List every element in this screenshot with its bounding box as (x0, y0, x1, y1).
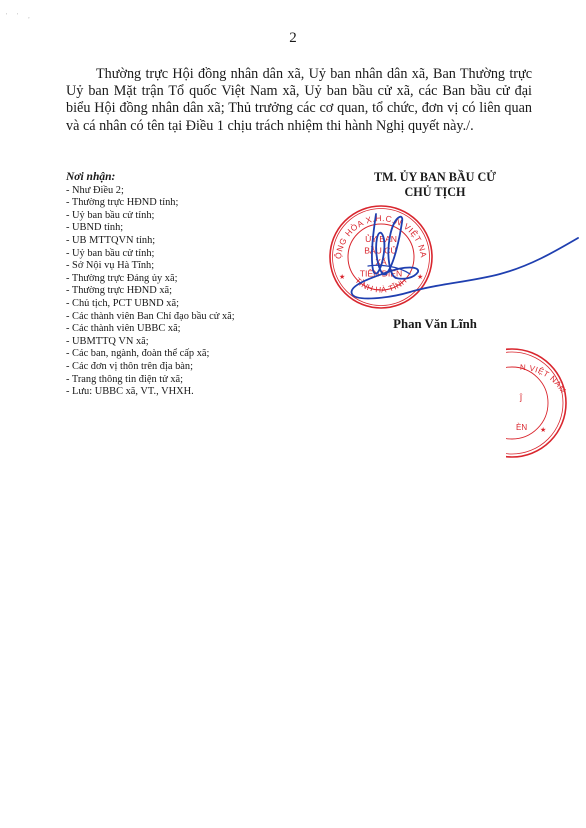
scan-artifacts: ' ' , (6, 12, 34, 20)
recipient-item: - Các thành viên UBBC xã; (66, 323, 306, 336)
recipient-item: - UB MTTQVN tỉnh; (66, 235, 306, 248)
signer-organization: TM. ỦY BAN BẦU CỬ (330, 170, 540, 185)
recipient-item: - Sở Nội vụ Hà Tĩnh; (66, 260, 306, 273)
partial-stamp-mark: ĵ (519, 392, 523, 402)
recipient-item: - UBND tỉnh; (66, 222, 306, 235)
partial-stamp-edge: N VIỆT NAM ★ ÈN ĵ (506, 348, 586, 458)
handwritten-signature (340, 208, 580, 304)
body-paragraph: Thường trực Hội đồng nhân dân xã, Uỷ ban… (66, 66, 532, 135)
recipients-title: Nơi nhận: (66, 171, 306, 184)
partial-stamp-icon: N VIỆT NAM ★ ÈN ĵ (506, 348, 586, 458)
recipient-item: - Thường trực HĐND xã; (66, 285, 306, 298)
recipient-item: - Uỷ ban bầu cử tỉnh; (66, 248, 306, 261)
recipients-block: Nơi nhận: - Như Điều 2;- Thường trực HĐN… (66, 171, 306, 399)
recipient-item: - Thường trực Đảng ủy xã; (66, 273, 306, 286)
recipient-item: - Các đơn vị thôn trên địa bàn; (66, 361, 306, 374)
recipient-item: - Các ban, ngành, đoàn thể cấp xã; (66, 348, 306, 361)
page-number: 2 (0, 30, 586, 47)
recipient-item: - Thường trực HĐND tỉnh; (66, 197, 306, 210)
partial-stamp-star-icon: ★ (540, 426, 546, 434)
recipient-item: - Chủ tịch, PCT UBND xã; (66, 298, 306, 311)
recipient-item: - Lưu: UBBC xã, VT., VHXH. (66, 386, 306, 399)
recipient-item: - Uỷ ban bầu cử tỉnh; (66, 210, 306, 223)
recipient-item: - UBMTTQ VN xã; (66, 336, 306, 349)
signer-name: Phan Văn Lĩnh (330, 317, 540, 332)
signer-title: CHỦ TỊCH (330, 185, 540, 200)
recipient-item: - Trang thông tin điện tử xã; (66, 374, 306, 387)
recipient-item: - Như Điều 2; (66, 185, 306, 198)
recipient-item: - Các thành viên Ban Chỉ đạo bầu cử xã; (66, 311, 306, 324)
recipients-list: - Như Điều 2;- Thường trực HĐND tỉnh;- U… (66, 185, 306, 399)
signature-block: TM. ỦY BAN BẦU CỬ CHỦ TỊCH (330, 170, 540, 200)
partial-stamp-inner-text: ÈN (516, 423, 527, 432)
